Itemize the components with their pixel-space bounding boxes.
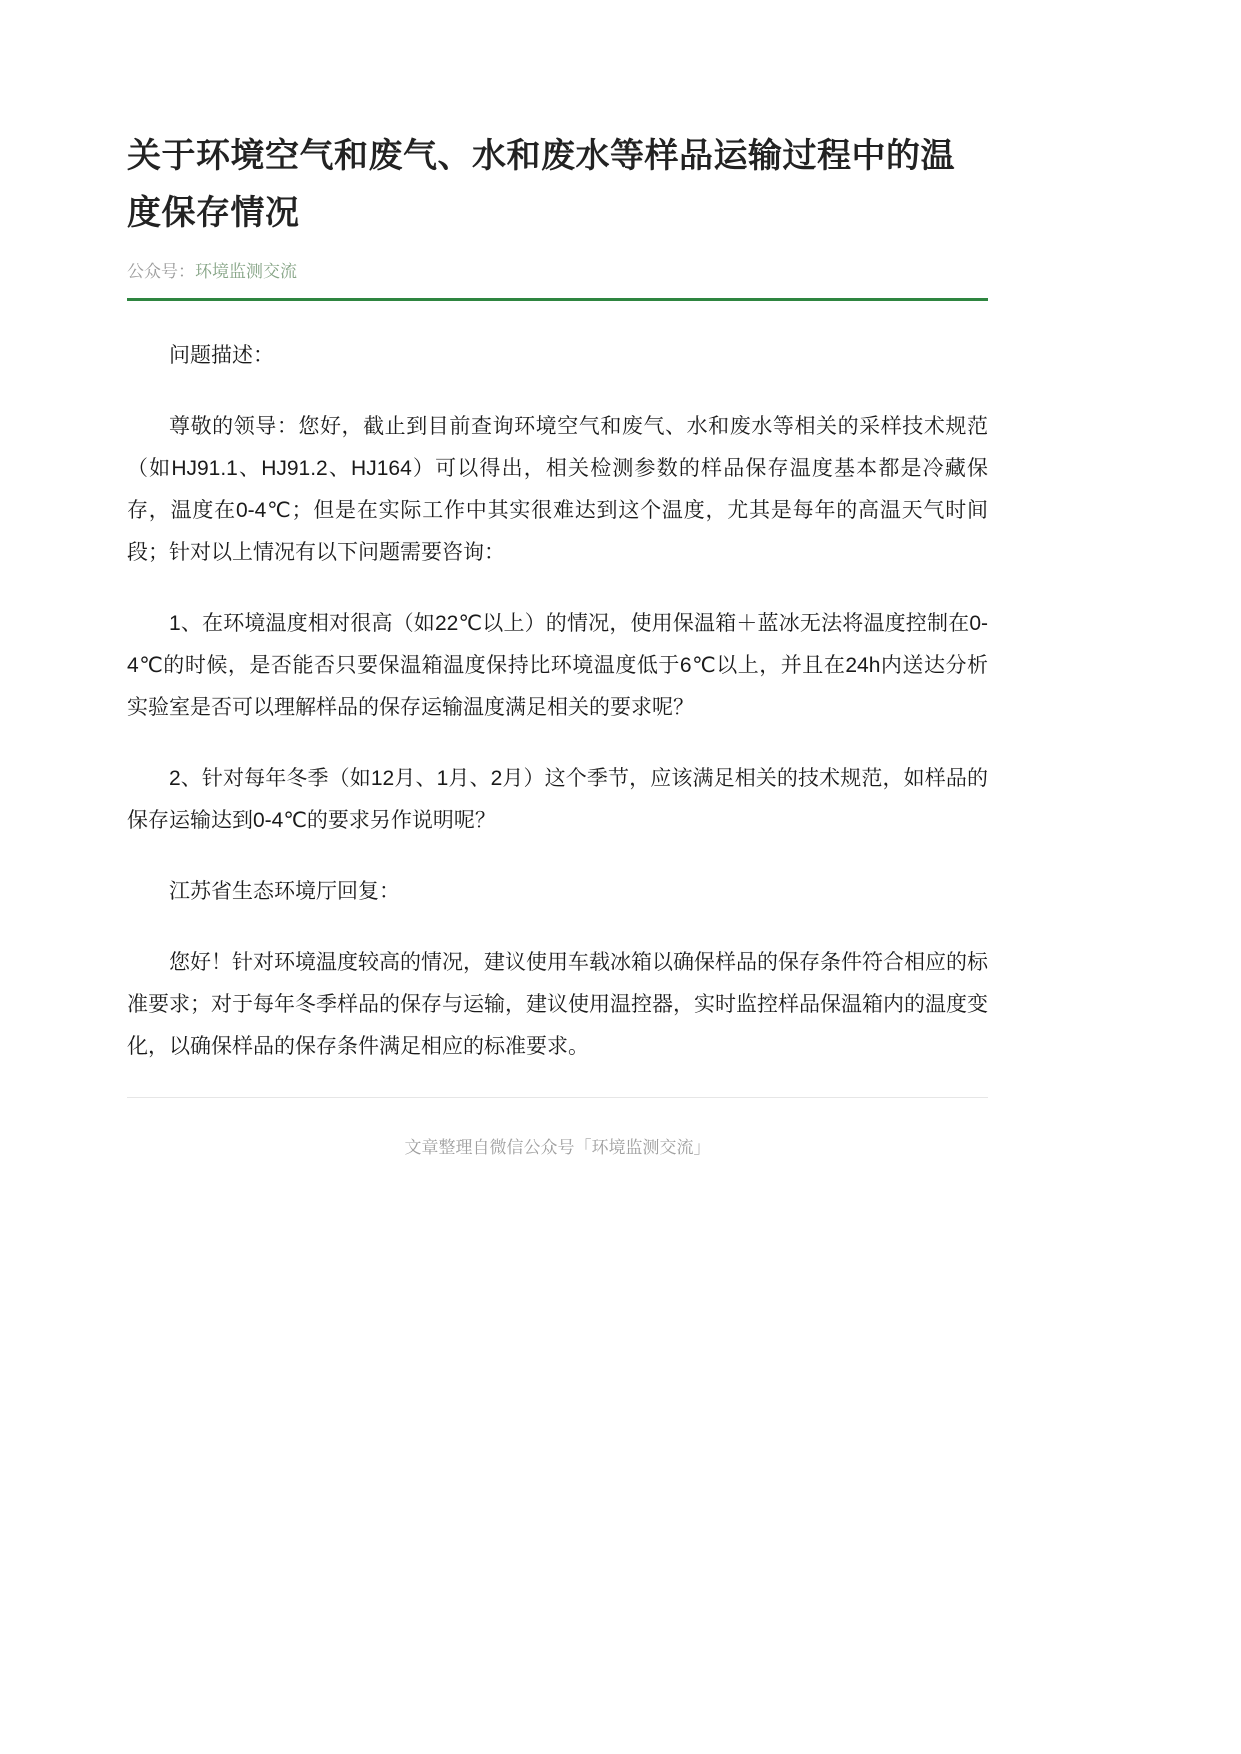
paragraph-question-2: 2、针对每年冬季（如12月、1月、2月）这个季节，应该满足相关的技术规范，如样品… [127,758,988,842]
paragraph-question-heading: 问题描述： [127,335,988,377]
byline-label: 公众号： [127,262,195,281]
article-page: 关于环境空气和废气、水和废水等样品运输过程中的温度保存情况 公众号：环境监测交流… [0,0,1241,1754]
byline: 公众号：环境监测交流 [127,260,988,284]
paragraph-question-intro: 尊敬的领导：您好，截止到目前查询环境空气和废气、水和废水等相关的采样技术规范（如… [127,406,988,574]
paragraph-reply-heading: 江苏省生态环境厅回复： [127,871,988,913]
byline-account-name: 环境监测交流 [195,262,297,281]
paragraph-question-1: 1、在环境温度相对很高（如22℃以上）的情况，使用保温箱＋蓝冰无法将温度控制在0… [127,603,988,729]
page-title: 关于环境空气和废气、水和废水等样品运输过程中的温度保存情况 [127,128,988,242]
article-body: 问题描述： 尊敬的领导：您好，截止到目前查询环境空气和废气、水和废水等相关的采样… [127,335,988,1068]
paragraph-reply-body: 您好！针对环境温度较高的情况，建议使用车载冰箱以确保样品的保存条件符合相应的标准… [127,942,988,1068]
accent-divider [127,298,988,301]
article-content: 关于环境空气和废气、水和废水等样品运输过程中的温度保存情况 公众号：环境监测交流… [127,128,988,1160]
footer-divider [127,1097,988,1098]
footer-source-note: 文章整理自微信公众号「环境监测交流」 [127,1136,988,1160]
